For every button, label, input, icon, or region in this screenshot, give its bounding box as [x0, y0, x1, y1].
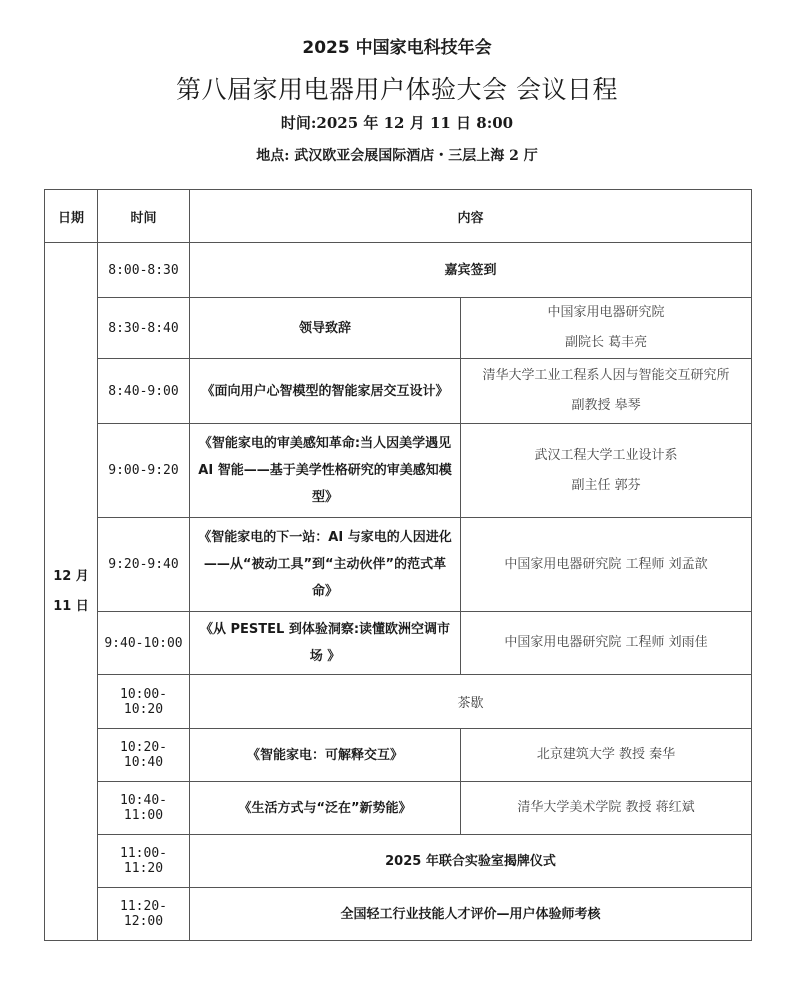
- date-month: 12 月: [51, 562, 91, 592]
- talk-title: 《从 PESTEL 到体验洞察:读懂欧洲空调市场 》: [190, 612, 461, 675]
- time-cell: 11:20-12:00: [98, 888, 190, 941]
- talk-title: 《生活方式与“泛在”新势能》: [190, 782, 461, 835]
- column-header-time: 时间: [98, 190, 190, 243]
- content-cell: 嘉宾签到: [190, 243, 752, 298]
- time-cell: 11:00-11:20: [98, 835, 190, 888]
- table-row: 8:40-9:00 《面向用户心智模型的智能家居交互设计》 清华大学工业工程系人…: [45, 359, 752, 424]
- table-row: 9:00-9:20 《智能家电的审美感知革命:当人因美学遇见AI 智能——基于美…: [45, 424, 752, 518]
- table-row: 10:40-11:00 《生活方式与“泛在”新势能》 清华大学美术学院 教授 蒋…: [45, 782, 752, 835]
- table-row: 11:20-12:00 全国轻工行业技能人才评价—用户体验师考核: [45, 888, 752, 941]
- content-cell: 2025 年联合实验室揭牌仪式: [190, 835, 752, 888]
- page-title: 第八届家用电器用户体验大会 会议日程: [0, 70, 794, 106]
- table-row: 9:20-9:40 《智能家电的下一站：AI 与家电的人因进化——从“被动工具”…: [45, 518, 752, 612]
- time-cell: 9:40-10:00: [98, 612, 190, 675]
- speaker-cell: 中国家用电器研究院 副院长 葛丰亮: [461, 298, 752, 359]
- time-cell: 9:00-9:20: [98, 424, 190, 518]
- date-day: 11 日: [51, 592, 91, 622]
- talk-title: 《面向用户心智模型的智能家居交互设计》: [190, 359, 461, 424]
- talk-title: 领导致辞: [190, 298, 461, 359]
- speaker-org: 清华大学工业工程系人因与智能交互研究所: [467, 361, 745, 391]
- speaker-name: 副院长 葛丰亮: [467, 328, 745, 358]
- speaker-cell: 清华大学工业工程系人因与智能交互研究所 副教授 皋琴: [461, 359, 752, 424]
- time-cell: 10:20-10:40: [98, 729, 190, 782]
- speaker-name: 副教授 皋琴: [467, 391, 745, 421]
- time-cell: 8:40-9:00: [98, 359, 190, 424]
- content-cell: 茶歇: [190, 675, 752, 729]
- content-cell: 全国轻工行业技能人才评价—用户体验师考核: [190, 888, 752, 941]
- speaker-cell: 中国家用电器研究院 工程师 刘孟歆: [461, 518, 752, 612]
- schedule-table: 日期 时间 内容 12 月 11 日 8:00-8:30 嘉宾签到 8:30-8…: [44, 189, 752, 941]
- speaker-cell: 中国家用电器研究院 工程师 刘雨佳: [461, 612, 752, 675]
- talk-title: 《智能家电的审美感知革命:当人因美学遇见AI 智能——基于美学性格研究的审美感知…: [190, 424, 461, 518]
- speaker-org: 武汉工程大学工业设计系: [467, 441, 745, 471]
- table-row: 9:40-10:00 《从 PESTEL 到体验洞察:读懂欧洲空调市场 》 中国…: [45, 612, 752, 675]
- time-cell: 10:40-11:00: [98, 782, 190, 835]
- table-row: 10:20-10:40 《智能家电：可解释交互》 北京建筑大学 教授 秦华: [45, 729, 752, 782]
- date-cell: 12 月 11 日: [45, 243, 98, 941]
- table-row: 11:00-11:20 2025 年联合实验室揭牌仪式: [45, 835, 752, 888]
- talk-title: 《智能家电的下一站：AI 与家电的人因进化——从“被动工具”到“主动伙伴”的范式…: [190, 518, 461, 612]
- speaker-org: 中国家用电器研究院: [467, 298, 745, 328]
- speaker-cell: 武汉工程大学工业设计系 副主任 郭芬: [461, 424, 752, 518]
- column-header-content: 内容: [190, 190, 752, 243]
- table-row: 12 月 11 日 8:00-8:30 嘉宾签到: [45, 243, 752, 298]
- time-cell: 9:20-9:40: [98, 518, 190, 612]
- event-time: 时间:2025 年 12 月 11 日 8:00: [0, 112, 794, 133]
- time-cell: 10:00-10:20: [98, 675, 190, 729]
- speaker-name: 副主任 郭芬: [467, 471, 745, 501]
- table-row: 10:00-10:20 茶歇: [45, 675, 752, 729]
- time-cell: 8:00-8:30: [98, 243, 190, 298]
- speaker-cell: 北京建筑大学 教授 秦华: [461, 729, 752, 782]
- speaker-cell: 清华大学美术学院 教授 蒋红斌: [461, 782, 752, 835]
- talk-title: 《智能家电：可解释交互》: [190, 729, 461, 782]
- event-location: 地点: 武汉欧亚会展国际酒店・三层上海 2 厅: [0, 145, 794, 165]
- time-cell: 8:30-8:40: [98, 298, 190, 359]
- column-header-date: 日期: [45, 190, 98, 243]
- table-header-row: 日期 时间 内容: [45, 190, 752, 243]
- conference-name: 2025 中国家电科技年会: [0, 33, 794, 58]
- table-row: 8:30-8:40 领导致辞 中国家用电器研究院 副院长 葛丰亮: [45, 298, 752, 359]
